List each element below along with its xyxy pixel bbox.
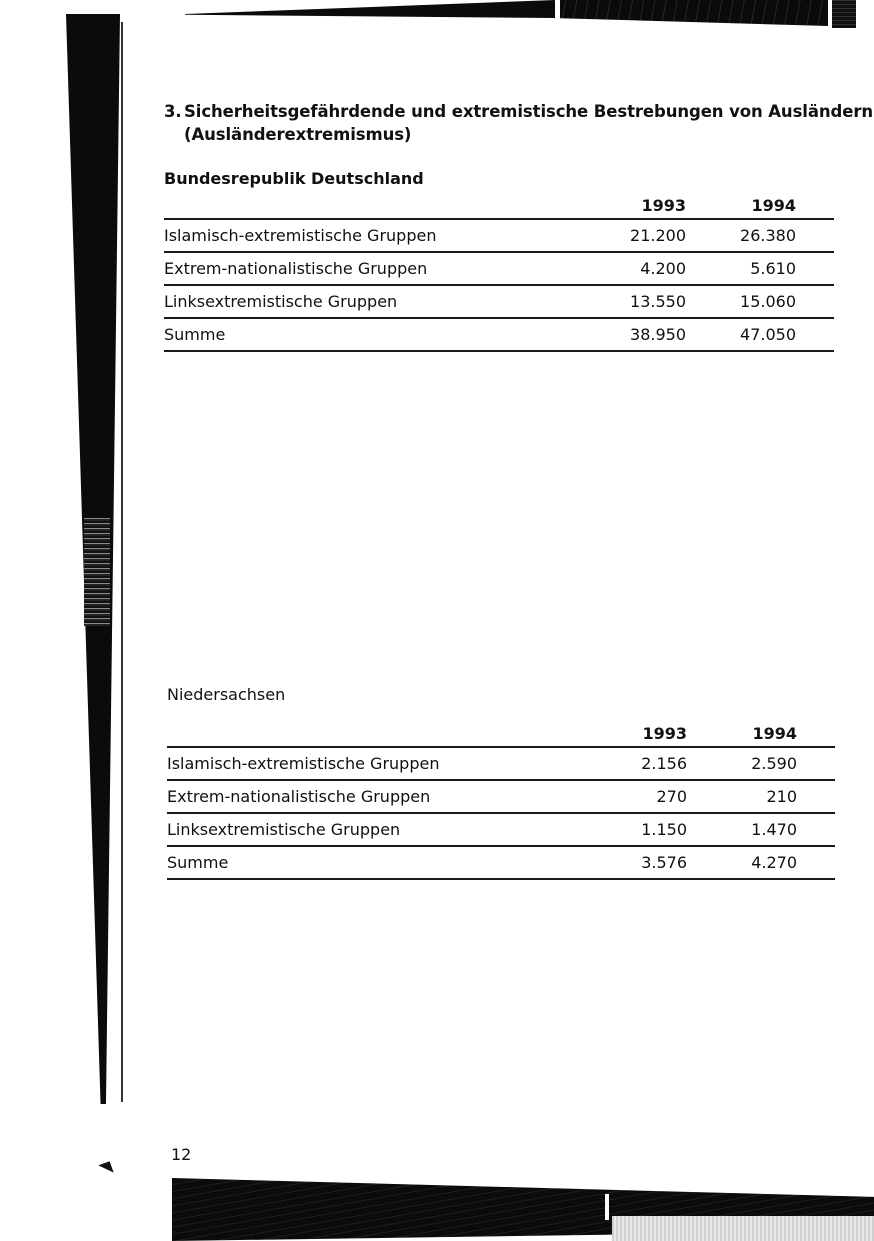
- table-row-total: Summe 3.576 4.270: [167, 846, 835, 879]
- column-header-1993: 1993: [576, 192, 686, 219]
- row-label: Summe: [164, 318, 576, 351]
- table-row: Extrem-nationalistische Gruppen 270 210: [167, 780, 835, 813]
- table-row: Linksextremistische Gruppen 13.550 15.06…: [164, 285, 834, 318]
- value-1993: 21.200: [576, 219, 686, 252]
- section-title-line1: Sicherheitsgefährdende und extremistisch…: [184, 102, 873, 121]
- table-header-row: 1993 1994: [167, 720, 835, 747]
- scan-page-fold-line: [121, 22, 123, 1102]
- scan-edge-top-right: [560, 0, 828, 26]
- row-label: Linksextremistische Gruppen: [164, 285, 576, 318]
- row-label: Summe: [167, 846, 577, 879]
- scan-edge-bottom-gap: [605, 1194, 609, 1220]
- region-title: Bundesrepublik Deutschland: [164, 168, 834, 190]
- row-label: Islamisch-extremistische Gruppen: [164, 219, 576, 252]
- data-table-niedersachsen: 1993 1994 Islamisch-extremistische Grupp…: [167, 720, 835, 880]
- section-number: 3.: [164, 100, 184, 123]
- column-header-1994: 1994: [687, 720, 797, 747]
- table-row-total: Summe 38.950 47.050: [164, 318, 834, 351]
- value-1994: 2.590: [687, 747, 797, 780]
- value-1994: 47.050: [686, 318, 796, 351]
- section-title-line2: (Ausländerextremismus): [164, 123, 873, 146]
- row-label: Islamisch-extremistische Gruppen: [167, 747, 577, 780]
- data-table-bundesrepublik: 1993 1994 Islamisch-extremistische Grupp…: [164, 192, 834, 352]
- table-header-row: 1993 1994: [164, 192, 834, 219]
- column-header-label: [164, 192, 576, 219]
- value-1994: 210: [687, 780, 797, 813]
- scan-edge-top: [185, 0, 555, 18]
- value-1993: 4.200: [576, 252, 686, 285]
- region-title: Niedersachsen: [167, 684, 835, 706]
- value-1994: 5.610: [686, 252, 796, 285]
- value-1993: 270: [577, 780, 687, 813]
- value-1993: 13.550: [576, 285, 686, 318]
- table-row: Extrem-nationalistische Gruppen 4.200 5.…: [164, 252, 834, 285]
- column-header-label: [167, 720, 577, 747]
- value-1993: 38.950: [576, 318, 686, 351]
- value-1993: 2.156: [577, 747, 687, 780]
- column-header-1994: 1994: [686, 192, 796, 219]
- section-title: 3.Sicherheitsgefährdende und extremistis…: [164, 100, 873, 146]
- corner-mark-icon: [98, 1161, 113, 1176]
- table-block-niedersachsen: Niedersachsen 1993 1994 Islamisch-extrem…: [167, 684, 835, 880]
- page-number: 12: [171, 1145, 191, 1164]
- column-header-1993: 1993: [577, 720, 687, 747]
- table-row: Islamisch-extremistische Gruppen 2.156 2…: [167, 747, 835, 780]
- row-label: Extrem-nationalistische Gruppen: [164, 252, 576, 285]
- value-1994: 1.470: [687, 813, 797, 846]
- value-1994: 26.380: [686, 219, 796, 252]
- table-row: Islamisch-extremistische Gruppen 21.200 …: [164, 219, 834, 252]
- scan-edge-binding-texture: [84, 518, 110, 626]
- row-label: Extrem-nationalistische Gruppen: [167, 780, 577, 813]
- value-1994: 4.270: [687, 846, 797, 879]
- value-1993: 3.576: [577, 846, 687, 879]
- table-block-bundesrepublik: Bundesrepublik Deutschland 1993 1994 Isl…: [164, 168, 834, 352]
- scan-edge-corner: [832, 0, 856, 28]
- table-row: Linksextremistische Gruppen 1.150 1.470: [167, 813, 835, 846]
- value-1994: 15.060: [686, 285, 796, 318]
- value-1993: 1.150: [577, 813, 687, 846]
- row-label: Linksextremistische Gruppen: [167, 813, 577, 846]
- scan-edge-bottom-grey: [612, 1216, 874, 1241]
